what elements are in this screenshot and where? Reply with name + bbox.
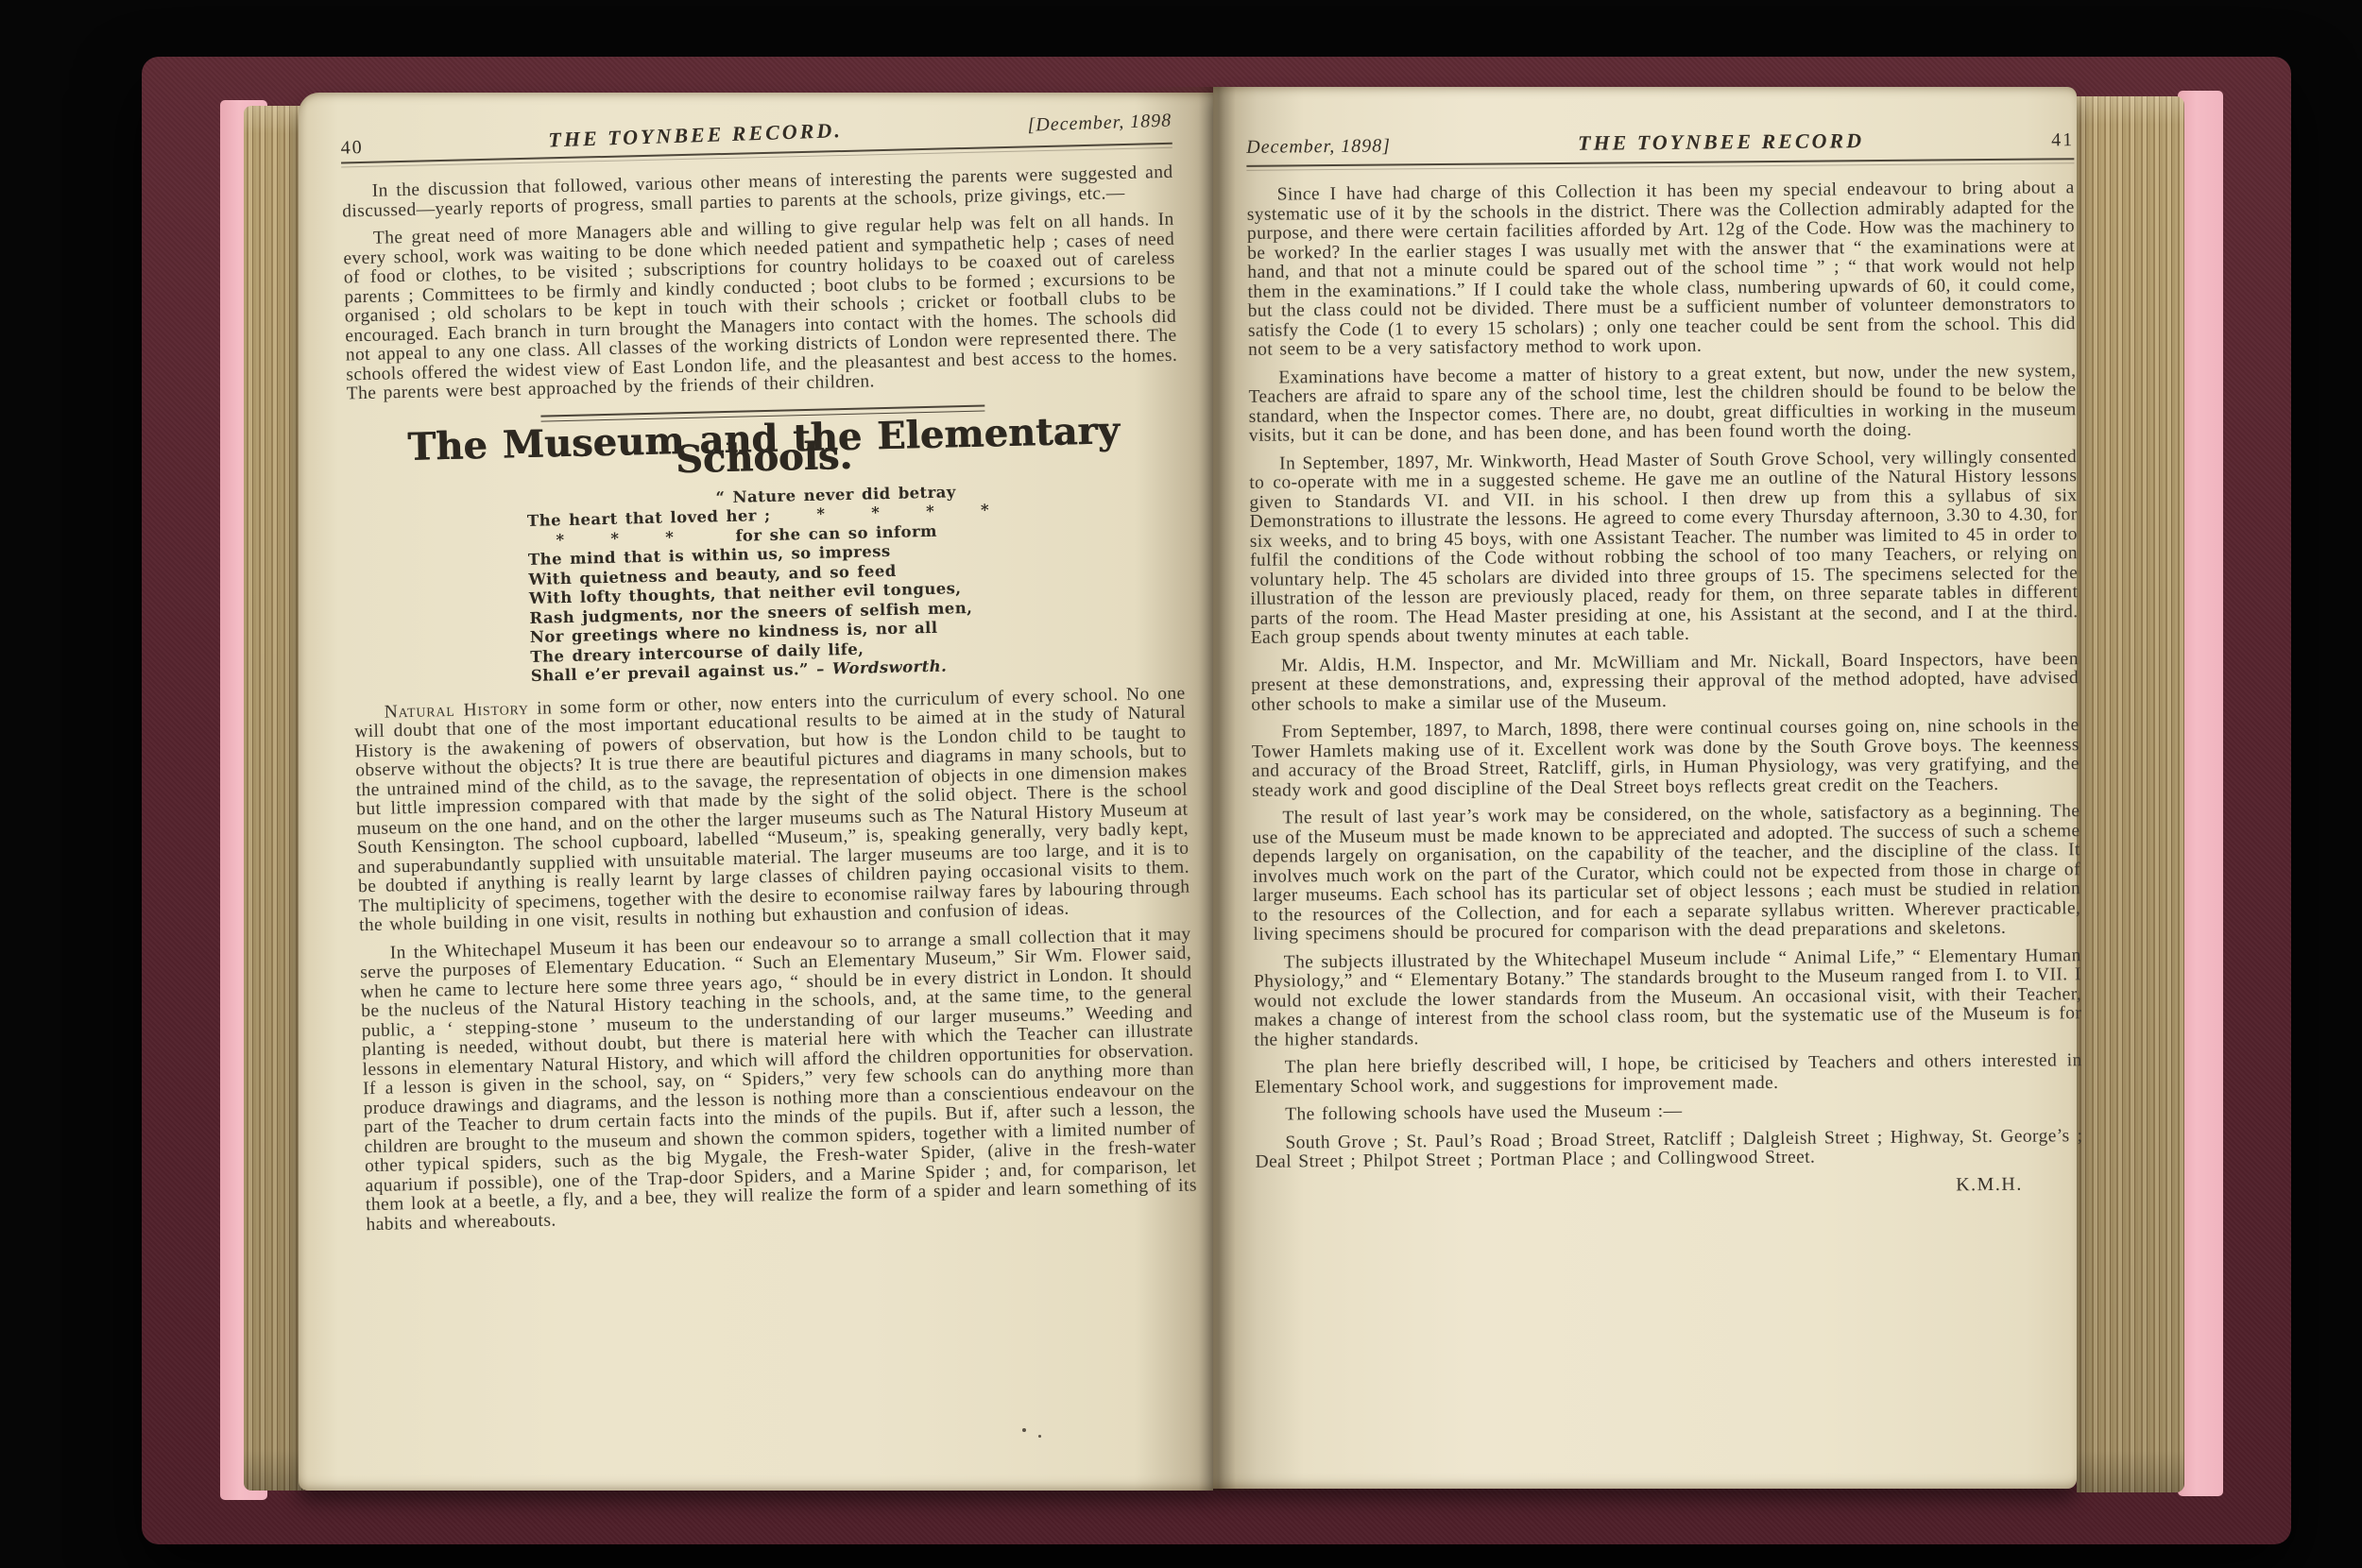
paragraph: From September, 1897, to March, 1898, th…	[1252, 716, 2080, 801]
quote-lines: “ Nature never did betrayThe heart that …	[526, 477, 1184, 667]
issue-date-left: [December, 1898	[1027, 111, 1172, 137]
header-rule-right	[1246, 158, 2074, 171]
article-paragraph-natural-history: Natural History in some form or other, n…	[354, 684, 1191, 936]
poem-quote: “ Nature never did betrayThe heart that …	[526, 477, 1185, 686]
page-edge-stack-left	[244, 106, 304, 1491]
right-page-body: Since I have had charge of this Collecti…	[1247, 179, 2083, 1201]
article-title: The Museum and the Elementary Schools.	[348, 419, 1180, 478]
right-page-text: December, 1898] THE TOYNBEE RECORD 41 Si…	[1246, 127, 2083, 1201]
page-number-left: 40	[340, 137, 364, 160]
left-page-text: 40 THE TOYNBEE RECORD. [December, 1898 I…	[340, 111, 1198, 1243]
paragraph: Mr. Aldis, H.M. Inspector, and Mr. McWil…	[1251, 650, 2080, 715]
intro-paragraphs: In the discussion that followed, various…	[342, 163, 1178, 404]
paragraph: The following schools have used the Muse…	[1255, 1099, 2082, 1125]
right-paragraphs: Since I have had charge of this Collecti…	[1247, 179, 2083, 1172]
paragraph: The result of last year’s work may be co…	[1252, 802, 2080, 945]
paragraph: The great need of more Managers able and…	[343, 211, 1178, 404]
page-number-right: 41	[2051, 129, 2074, 151]
journal-title-right: THE TOYNBEE RECORD	[1578, 128, 1864, 156]
quote-attribution: Wordsworth.	[832, 657, 948, 678]
photograph-of-open-book: { "colors": { "background": "#060606", "…	[0, 0, 2362, 1568]
ink-speck	[1038, 1435, 1041, 1438]
paragraph: The plan here briefly described will, I …	[1255, 1051, 2082, 1098]
issue-date-right: December, 1898]	[1246, 136, 1391, 159]
page-edge-stack-right	[2077, 96, 2184, 1492]
endpaper-right	[2178, 91, 2223, 1496]
paragraph: In September, 1897, Mr. Winkworth, Head …	[1249, 448, 2079, 649]
lead-rest: in some form or other, now enters into t…	[354, 683, 1190, 935]
paragraph: The subjects illustrated by the Whitecha…	[1254, 946, 2082, 1050]
left-page-body: In the discussion that followed, various…	[342, 163, 1198, 1235]
article-paragraph-whitechapel: In the Whitechapel Museum it has been ou…	[360, 925, 1198, 1235]
paragraph: Since I have had charge of this Collecti…	[1247, 179, 2077, 360]
paragraph: Examinations have become a matter of his…	[1248, 362, 2077, 447]
paragraph: South Grove ; St. Paul’s Road ; Broad St…	[1255, 1127, 2082, 1173]
ink-speck	[1022, 1428, 1026, 1432]
